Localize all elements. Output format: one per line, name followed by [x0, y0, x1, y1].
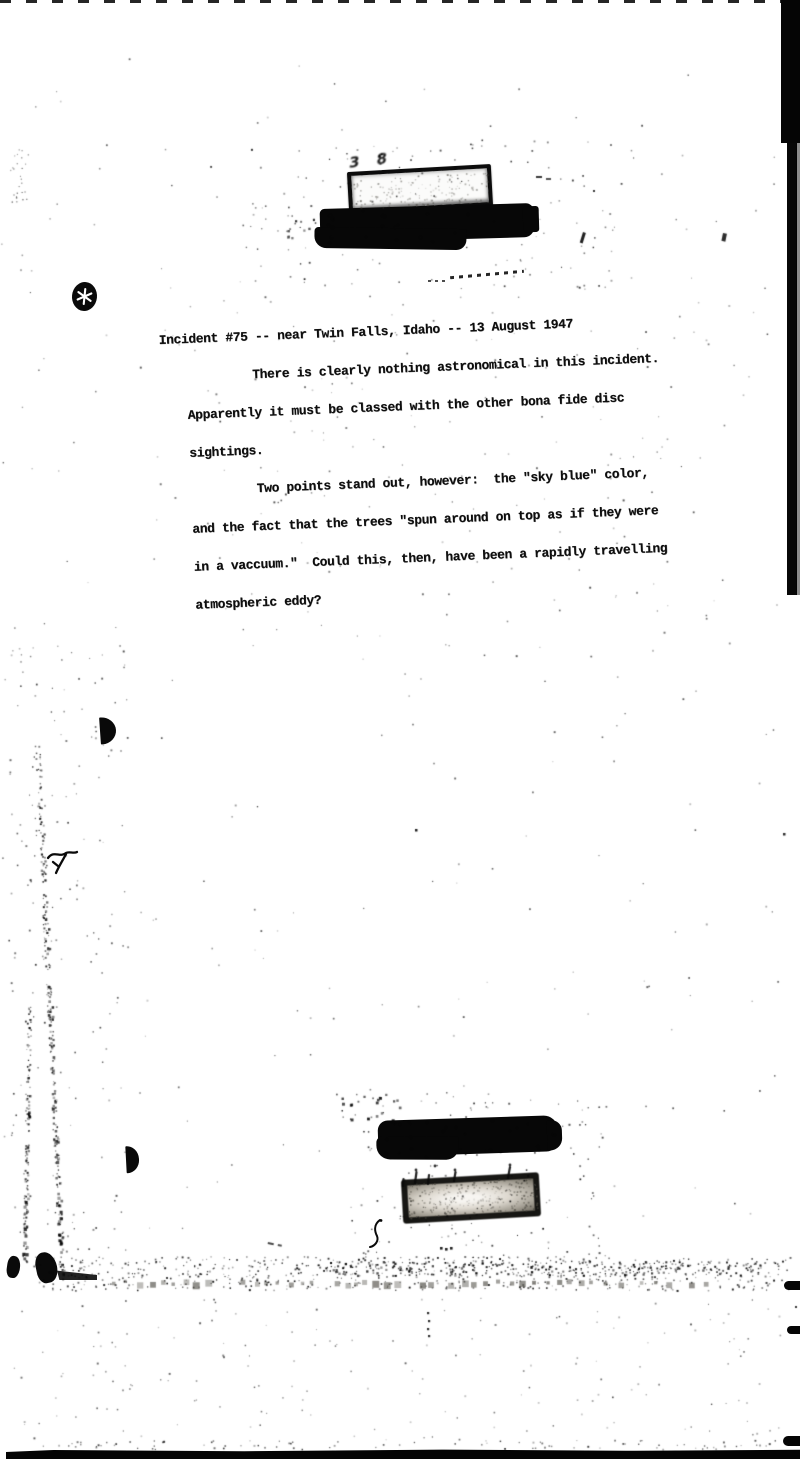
dotted-scribble-mark — [450, 270, 524, 279]
corner-ink-blob-1 — [6, 1255, 22, 1279]
corner-ink-blob-2 — [33, 1250, 60, 1285]
typewritten-text-block: Incident #75 -- near Twin Falls, Idaho -… — [158, 299, 750, 626]
ink-squiggle-bottom — [367, 1218, 385, 1250]
handwritten-smudge: 3 8 — [348, 148, 393, 172]
redaction-bar-bottom — [377, 1115, 558, 1157]
stamp-box-bottom — [401, 1172, 541, 1224]
star-circle-stamp — [71, 281, 99, 312]
corner-ink-wedge — [57, 1269, 97, 1280]
sprocket-mark-2 — [787, 1326, 800, 1334]
ink-squiggle-left-margin — [46, 845, 80, 879]
sprocket-mark-1 — [784, 1281, 800, 1290]
punch-hole-shadow-1 — [99, 716, 117, 744]
redaction-bar-top — [320, 203, 535, 243]
film-edge-bar-upper — [781, 0, 800, 143]
film-edge-dashes — [0, 0, 800, 3]
punch-hole-shadow-2 — [125, 1146, 139, 1174]
film-edge-bar-lower — [787, 143, 797, 595]
sprocket-mark-3 — [783, 1436, 800, 1446]
scanned-document-page: 3 8 Incident #75 -- near Twin Falls, Ida… — [0, 0, 800, 1459]
asterisk-icon — [75, 287, 94, 306]
film-edge-bar-bottom — [6, 1449, 800, 1459]
dotted-scribble-tail — [428, 280, 446, 282]
